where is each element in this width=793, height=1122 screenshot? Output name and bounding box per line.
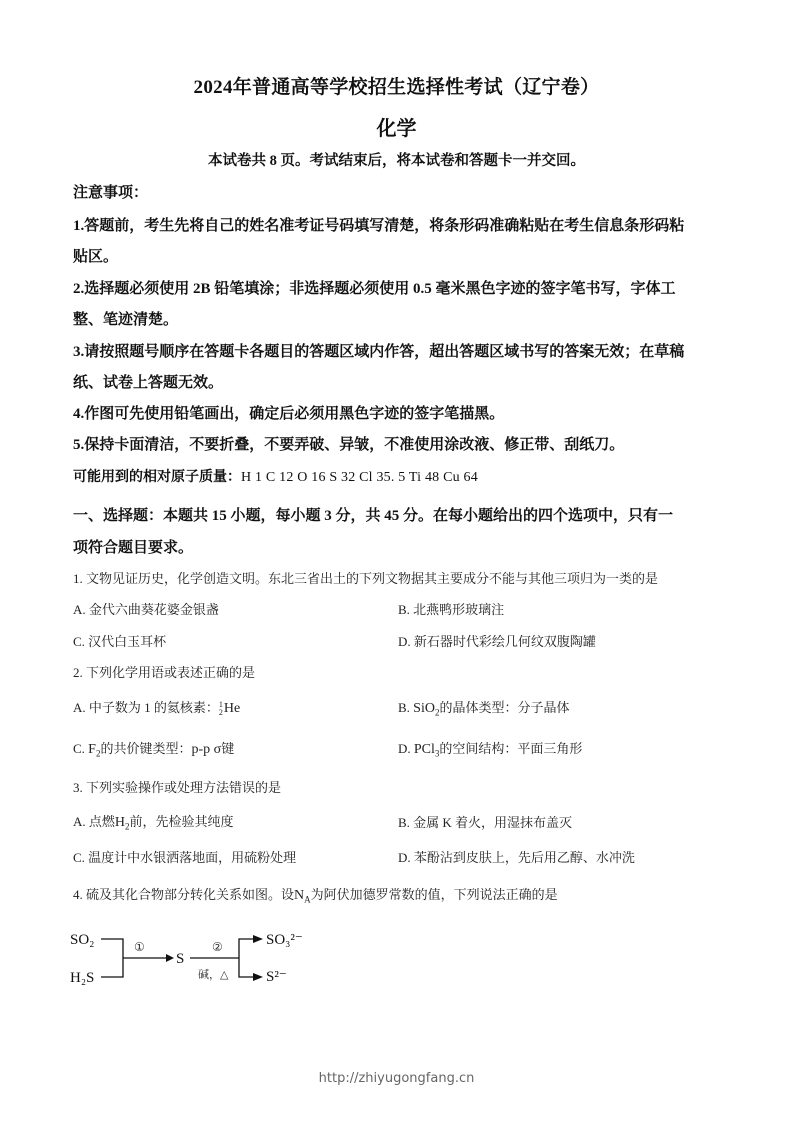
atomic-masses-label: 可能用到的相对原子质量： [73,470,241,485]
step-2-condition: 碱，△ [198,967,229,981]
option-label: D. [398,741,414,756]
product-sulfite: SO₃²⁻ [266,932,303,948]
footer-url[interactable]: http://zhiyugongfang.cn [0,1071,793,1086]
question-2-option-a: A. 中子数为 1 的氦核素：12He [73,697,240,717]
question-3-stem: 3. 下列实验操作或处理方法错误的是 [73,777,281,796]
option-a-text: A. 中子数为 1 的氦核素： [73,700,219,715]
formula: F [88,742,96,757]
element-symbol: He [224,701,240,716]
merge-bracket [101,939,123,977]
instructions-heading: 注意事项： [73,181,148,202]
option-text: 的共价键类型： [100,741,191,756]
step-1-label: ① [134,940,145,954]
instruction-4: 4.作图可先使用铅笔画出，确定后必须用黑色字迹的签字笔描黑。 [73,402,504,423]
question-1-option-c: C. 汉代白玉耳杯 [73,631,166,650]
option-text: 的晶体类型：分子晶体 [439,700,569,715]
question-2-stem: 2. 下列化学用语或表述正确的是 [73,662,255,681]
step-2-label: ② [212,940,223,954]
product-s: S [176,951,184,967]
question-3-option-b: B. 金属 K 着火，用湿抹布盖灭 [398,812,572,831]
reactant-so2: SO₂ [70,932,94,948]
avogadro-symbol: N [294,888,304,903]
arrowhead-icon [253,935,263,943]
instruction-1-line2: 贴区。 [73,245,118,266]
question-2-option-d: D. PCl3的空间结构：平面三角形 [398,738,582,759]
instruction-3-line1: 3.请按照题号顺序在答题卡各题目的答题区域内作答，超出答题区域书写的答案无效；在… [73,340,684,361]
question-4-stem: 4. 硫及其化合物部分转化关系如图。设NA为阿伏加德罗常数的值，下列说法正确的是 [73,884,558,905]
product-sulfide: S²⁻ [266,969,287,985]
atomic-number: 2 [219,709,223,717]
question-1-option-b: B. 北燕鸭形玻璃注 [398,599,504,618]
instruction-5: 5.保持卡面清洁，不要折叠，不要弄破、异皱，不准使用涂改液、修正带、刮纸刀。 [73,433,624,454]
stem-text-end: 为阿伏加德罗常数的值，下列说法正确的是 [311,887,558,902]
nuclide-notation: 12 [219,701,223,717]
option-text: 的空间结构：平面三角形 [439,741,582,756]
atomic-masses: 可能用到的相对原子质量：H 1 C 12 O 16 S 32 Cl 35. 5 … [73,466,478,486]
option-label: C. [73,741,88,756]
question-1-stem: 1. 文物见证历史，化学创造文明。东北三省出土的下列文物据其主要成分不能与其他三… [73,568,658,587]
instruction-3-line2: 纸、试卷上答题无效。 [73,371,223,392]
formula: SiO [413,701,435,716]
option-label: A. 点燃 [73,814,115,829]
instruction-2-line2: 整、笔迹清楚。 [73,308,178,329]
reactant-h2s: H₂S [70,970,94,986]
question-2-option-c: C. F2的共价键类型：p-p σ键 [73,738,234,759]
exam-notice: 本试卷共 8 页。考试结束后，将本试卷和答题卡一并交回。 [0,149,793,170]
option-label: B. [398,700,413,715]
arrowhead-icon [166,954,174,962]
instruction-2-line1: 2.选择题必须使用 2B 铅笔填涂；非选择题必须使用 0.5 毫米黑色字迹的签字… [73,277,676,298]
question-1-option-d: D. 新石器时代彩绘几何纹双腹陶罐 [398,631,596,650]
question-2-option-b: B. SiO2的晶体类型：分子晶体 [398,697,569,718]
formula: H [115,815,125,830]
section1-heading-line1: 一、选择题：本题共 15 小题，每小题 3 分，共 45 分。在每小题给出的四个… [73,504,673,525]
split-bracket [239,939,253,977]
option-text-end: 键 [221,741,234,756]
question-1-option-a: A. 金代六曲葵花婆金银盏 [73,599,219,618]
formula: PCl [414,742,435,757]
option-text: 前，先检验其纯度 [130,814,234,829]
atomic-masses-values: H 1 C 12 O 16 S 32 Cl 35. 5 Ti 48 Cu 64 [241,470,478,485]
question-3-option-c: C. 温度计中水银洒落地面，用硫粉处理 [73,847,296,866]
question-3-option-d: D. 苯酚沾到皮肤上，先后用乙醇、水冲洗 [398,847,635,866]
subject-title: 化学 [0,112,793,141]
exam-title: 2024年普通高等学校招生选择性考试（辽宁卷） [0,72,793,99]
reaction-diagram-svg: SO₂ H₂S S SO₃²⁻ S²⁻ ① ② 碱，△ [68,918,318,993]
question-3-option-a: A. 点燃H2前，先检验其纯度 [73,811,234,832]
stem-text: 4. 硫及其化合物部分转化关系如图。设 [73,887,294,902]
section1-heading-line2: 项符合题目要求。 [73,536,193,557]
arrowhead-icon [253,973,263,981]
instruction-1-line1: 1.答题前，考生先将自己的姓名准考证号码填写清楚，将条形码准确粘贴在考生信息条形… [73,214,684,235]
sulfur-conversion-diagram: SO₂ H₂S S SO₃²⁻ S²⁻ ① ② 碱，△ [68,918,318,993]
bond-type: p-p σ [191,742,221,757]
